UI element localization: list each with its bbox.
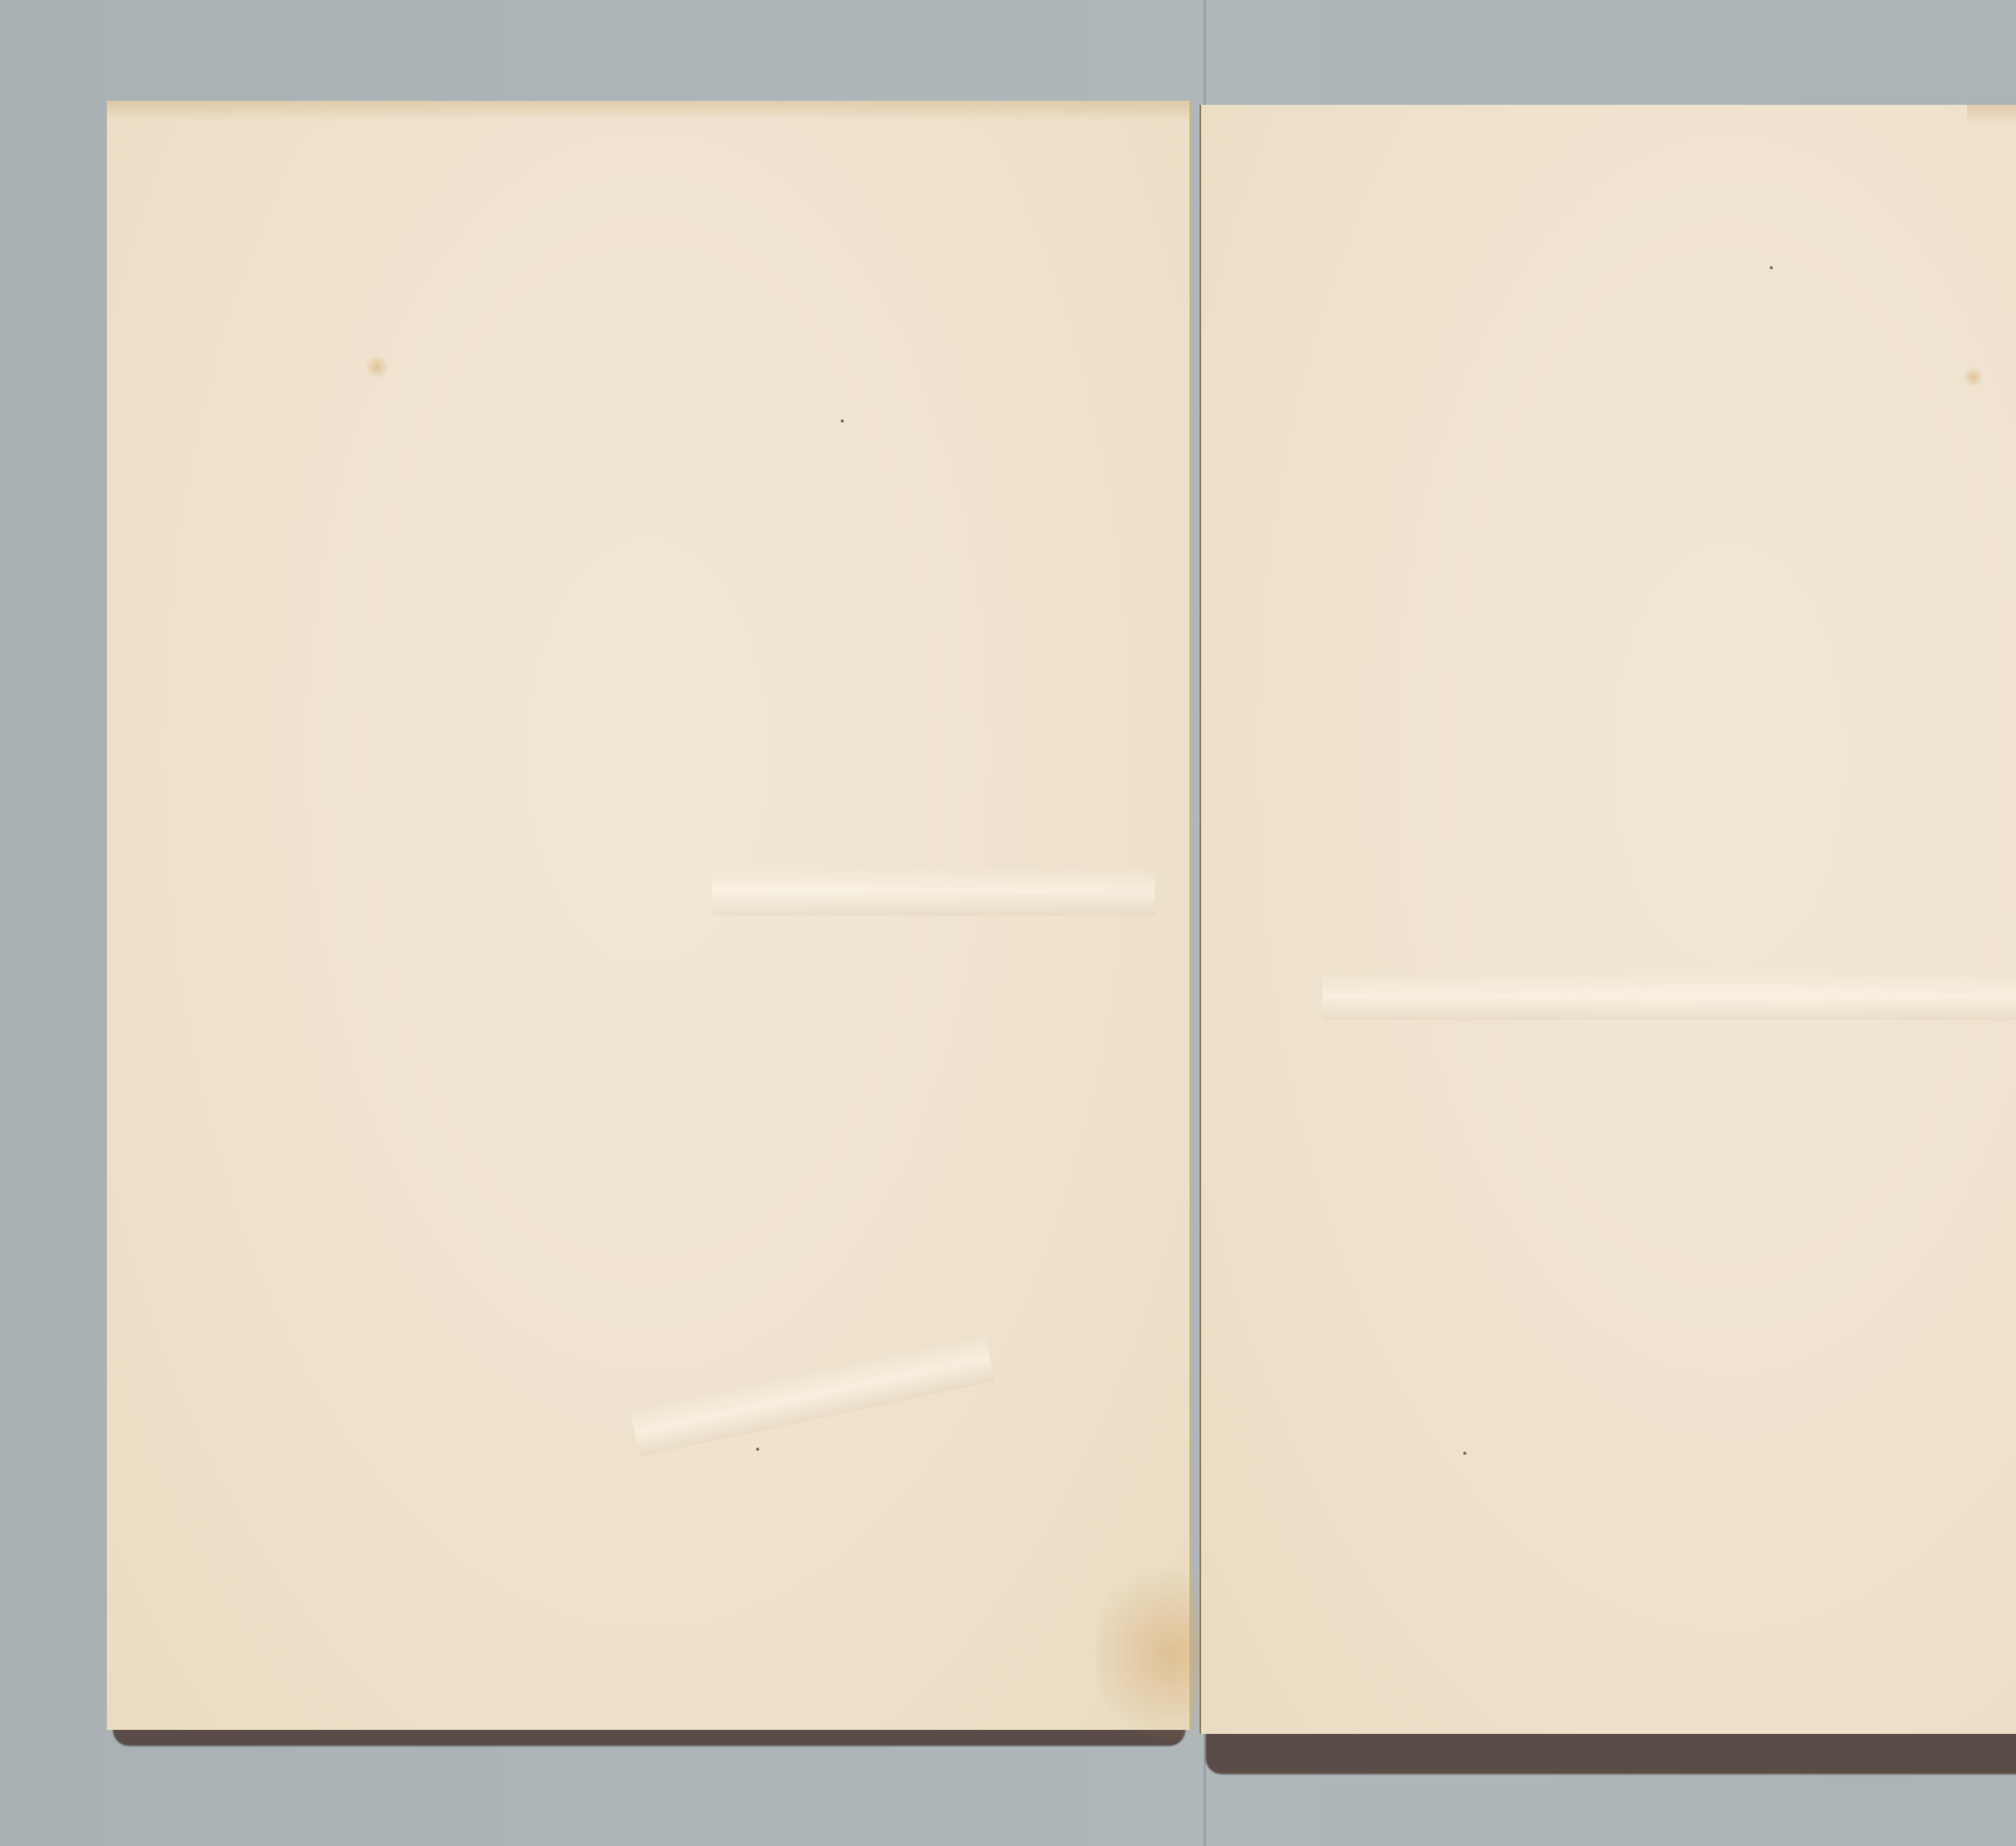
foxing-stain: [1963, 367, 1983, 387]
paper-crease: [630, 1334, 995, 1456]
paper-crease: [712, 867, 1155, 915]
paper-crease: [1322, 972, 2016, 1020]
speck: [841, 419, 844, 423]
speck: [1770, 266, 1773, 269]
speck: [756, 1448, 759, 1451]
left-page: [107, 101, 1192, 1730]
right-page: [1200, 105, 2016, 1734]
foxing-stain: [365, 355, 389, 379]
speck: [1463, 1452, 1466, 1455]
top-edge-discoloration: [1967, 105, 2016, 125]
top-edge-discoloration: [107, 101, 1189, 121]
